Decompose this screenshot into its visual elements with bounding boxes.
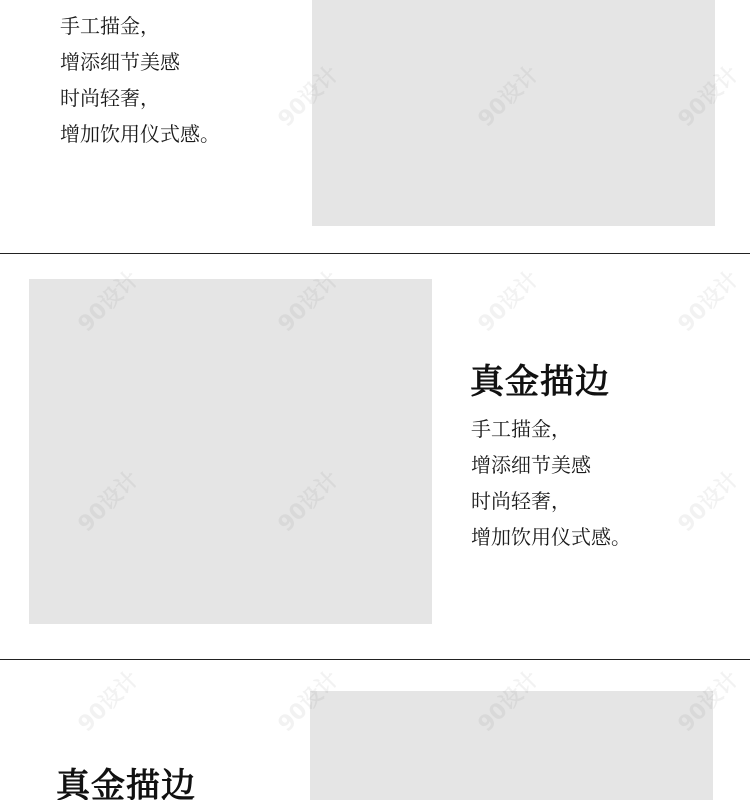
feature-title: 真金描边 [56, 766, 196, 800]
description-line: 时尚轻奢， [471, 483, 631, 519]
feature-title: 真金描边 [470, 362, 610, 402]
description-line: 手工描金， [471, 411, 631, 447]
description-line: 增加饮用仪式感。 [471, 519, 631, 555]
description-line: 手工描金， [60, 8, 220, 44]
section-divider [0, 253, 750, 254]
product-image-placeholder [310, 691, 713, 800]
product-image-placeholder [312, 0, 715, 226]
description-line: 增添细节美感 [60, 44, 220, 80]
description-line: 时尚轻奢， [60, 80, 220, 116]
product-image-placeholder [29, 279, 432, 624]
description-line: 增加饮用仪式感。 [60, 116, 220, 152]
watermark: 90设计 [670, 263, 745, 338]
watermark: 90设计 [670, 463, 745, 538]
watermark: 90设计 [70, 663, 145, 738]
description-line: 增添细节美感 [471, 447, 631, 483]
section-divider [0, 659, 750, 660]
feature-description: 手工描金， 增添细节美感 时尚轻奢， 增加饮用仪式感。 [60, 8, 220, 152]
watermark: 90设计 [470, 263, 545, 338]
feature-description: 手工描金， 增添细节美感 时尚轻奢， 增加饮用仪式感。 [471, 411, 631, 555]
